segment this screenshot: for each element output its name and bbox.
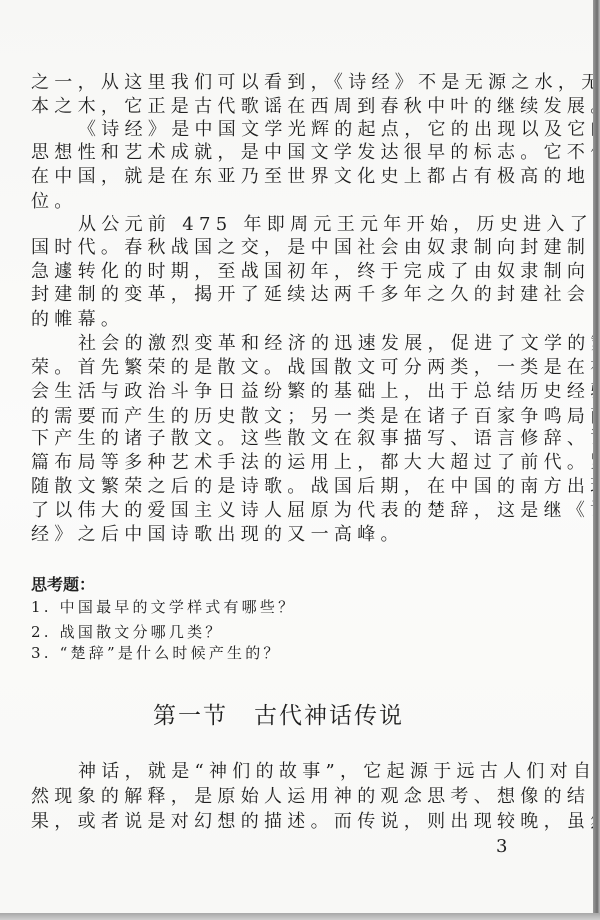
text-line: 神话，就是“神们的故事”，它起源于远古人们对自: [31, 760, 526, 784]
question-item: 2. 战国散文分哪几类？: [31, 621, 223, 643]
text-line: 会生活与政治斗争日益纷繁的基础上，出于总结历史经验: [31, 380, 526, 404]
book-page: 之一，从这里我们可以看到，《诗经》不是无源之水，无 本之木，它正是古代歌谣在西周…: [0, 0, 593, 913]
text-line: 随散文繁荣之后的是诗歌。战国后期，在中国的南方出现: [31, 475, 526, 499]
text-line: 在中国，就是在东亚乃至世界文化史上都占有极高的地: [31, 165, 526, 189]
text-line: 急遽转化的时期，至战国初年，终于完成了由奴隶制向: [31, 260, 526, 284]
text-line: 的需要而产生的历史散文；另一类是在诸子百家争鸣局面: [31, 405, 526, 429]
section-number: 第一节: [153, 703, 228, 729]
text-line: 本之木，它正是古代歌谣在西周到春秋中叶的继续发展。: [31, 95, 526, 119]
text-line: 经》之后中国诗歌出现的又一高峰。: [31, 523, 526, 547]
questions-title: 思考题：: [31, 573, 95, 597]
text-line: 从公元前 475 年即周元王元年开始，历史进入了战: [31, 213, 526, 237]
text-line: 国时代。春秋战国之交，是中国社会由奴隶制向封建制: [31, 236, 526, 260]
page-edge-right: [593, 0, 600, 920]
page-number: 3: [496, 836, 507, 858]
text-line: 之一，从这里我们可以看到，《诗经》不是无源之水，无: [31, 71, 526, 95]
question-item: 1. 中国最早的文学样式有哪些？: [31, 596, 296, 618]
text-line: 了以伟大的爱国主义诗人屈原为代表的楚辞，这是继《诗: [31, 499, 526, 523]
text-line: 下产生的诸子散文。这些散文在叙事描写、语言修辞、谋: [31, 427, 526, 451]
text-line: 封建制的变革，揭开了延续达两千多年之久的封建社会: [31, 283, 526, 307]
text-line: 思想性和艺术成就，是中国文学发达很早的标志。它不仅: [31, 141, 526, 165]
question-item: 3. “楚辞”是什么时候产生的？: [31, 642, 282, 664]
text-line: 然现象的解释，是原始人运用神的观念思考、想像的结: [31, 785, 526, 809]
page-edge-bottom: [0, 913, 600, 920]
text-line: 荣。首先繁荣的是散文。战国散文可分两类，一类是在社: [31, 356, 526, 380]
text-line: 篇布局等多种艺术手法的运用上，都大大超过了前代。紧: [31, 451, 526, 475]
text-line: 社会的激烈变革和经济的迅速发展，促进了文学的繁: [31, 332, 526, 356]
text-line: 《诗经》是中国文学光辉的起点，它的出现以及它的: [31, 118, 526, 142]
section-heading: 第一节古代神话传说: [153, 702, 413, 730]
text-line: 位。: [31, 190, 526, 214]
text-line: 的帷幕。: [31, 308, 526, 332]
section-title: 古代神话传说: [254, 703, 404, 729]
text-line: 果，或者说是对幻想的描述。而传说，则出现较晚，虽然: [31, 810, 526, 834]
